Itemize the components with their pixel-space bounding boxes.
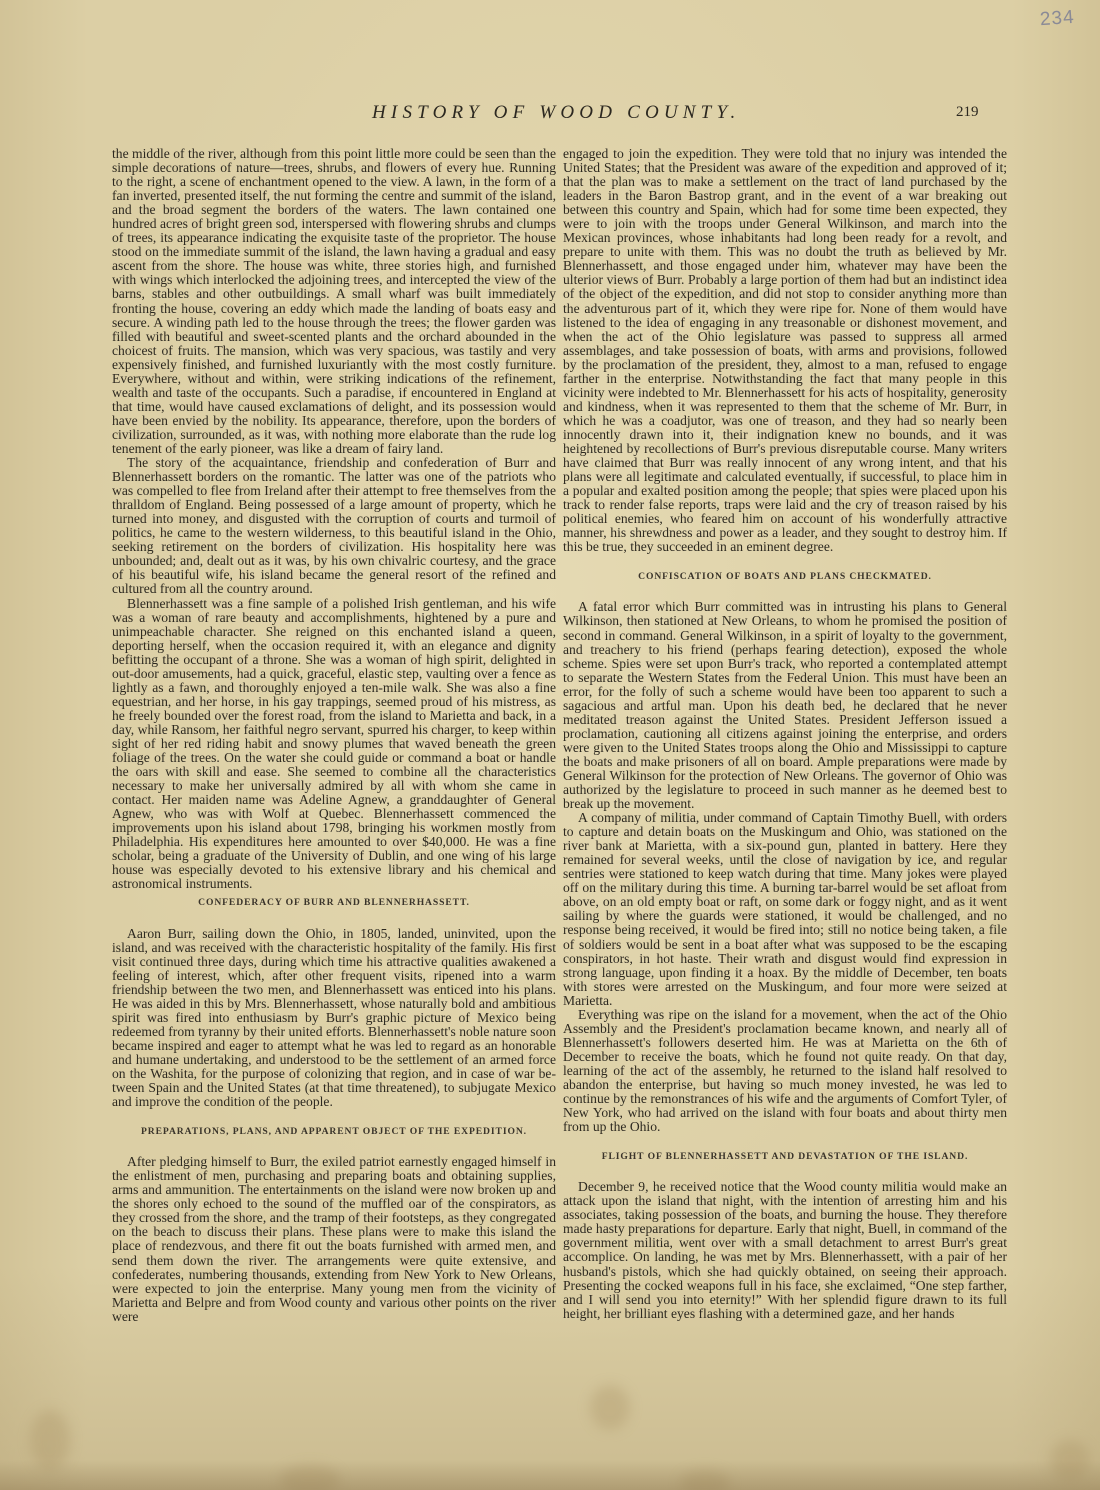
- left-column: the middle of the river, although from t…: [112, 147, 556, 1324]
- section-heading: Flight of Blennerhassett and Devastation…: [563, 1150, 1007, 1164]
- paragraph: engaged to join the expedition. They wer…: [563, 147, 1007, 554]
- paragraph: Aaron Burr, sailing down the Ohio, in 18…: [112, 927, 556, 1110]
- running-title: HISTORY OF WOOD COUNTY.: [372, 102, 740, 124]
- section-heading: Confiscation of Boats and Plans Checkmat…: [563, 570, 1007, 584]
- section-heading: Confederacy of Burr and Blennerhassett.: [112, 896, 556, 910]
- paragraph: A company of militia, under command of C…: [563, 811, 1007, 1008]
- paper-stain: [590, 1385, 630, 1430]
- right-column: engaged to join the expedition. They wer…: [563, 147, 1007, 1321]
- section-heading: Preparations, Plans, and Apparent Object…: [112, 1125, 556, 1139]
- page-number: 219: [956, 104, 979, 121]
- page-edge-shadow: [0, 1460, 1100, 1490]
- paragraph: Everything was ripe on the island for a …: [563, 1008, 1007, 1134]
- paragraph: Blennerhassett was a fine sample of a po…: [112, 597, 556, 892]
- paragraph: After pledging himself to Burr, the exil…: [112, 1155, 556, 1324]
- handwritten-page-number: 234: [1039, 7, 1075, 31]
- running-header: HISTORY OF WOOD COUNTY. 219: [0, 102, 1100, 128]
- paragraph: December 9, he received notice that the …: [563, 1180, 1007, 1320]
- paragraph: the middle of the river, although from t…: [112, 147, 556, 456]
- paragraph: A fatal error which Burr committed was i…: [563, 600, 1007, 811]
- paragraph: The story of the acquaintance, friendshi…: [112, 456, 556, 596]
